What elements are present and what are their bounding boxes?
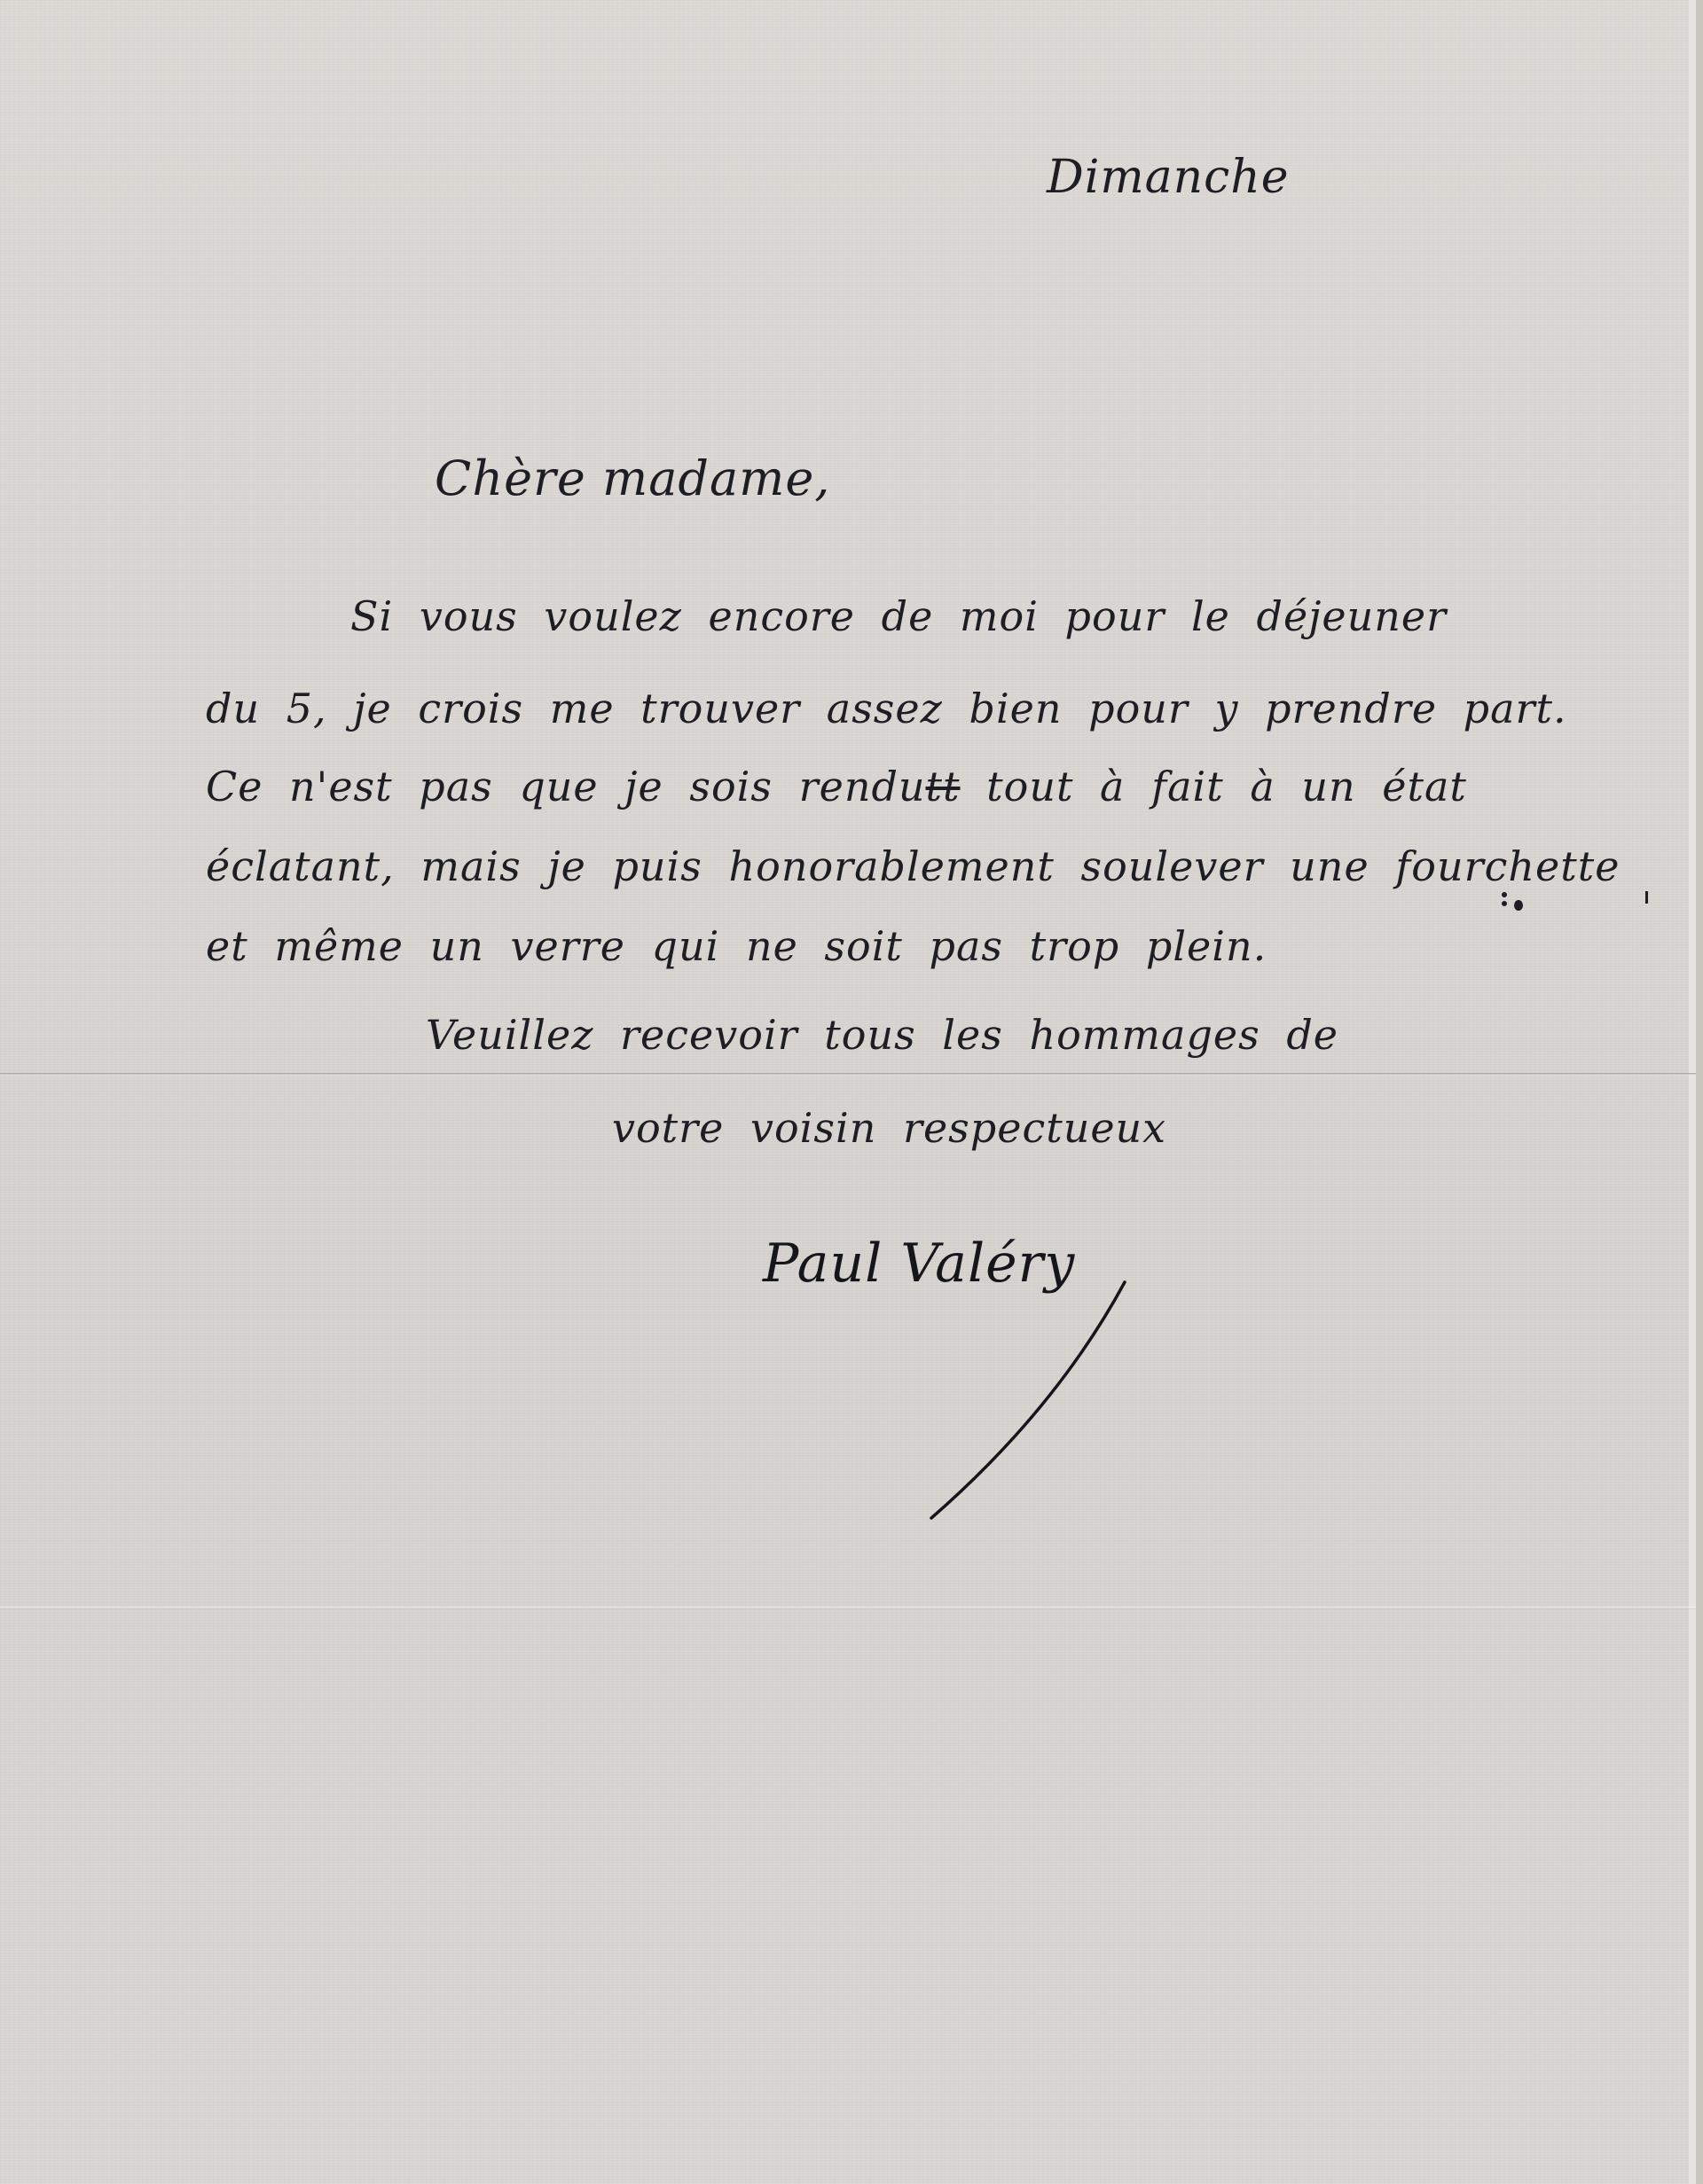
paper-edge [1689, 0, 1696, 2184]
struck-out-text: tt [926, 763, 961, 810]
closing-line-1: Veuillez recevoir tous les hommages de [426, 1011, 1338, 1059]
body-line-3-start: Ce n'est pas que je sois rendu [206, 763, 926, 810]
signature-flourish [922, 1277, 1135, 1525]
closing-line-2: votre voisin respectueux [612, 1104, 1166, 1152]
ink-blot-marks [1499, 882, 1650, 918]
body-line-1: Si vous voulez encore de moi pour le déj… [350, 592, 1447, 640]
fold-line-upper [0, 1073, 1696, 1076]
body-line-5: et même un verre qui ne soit pas trop pl… [206, 922, 1267, 970]
body-line-3-end: tout à fait à un état [986, 763, 1467, 810]
letter-date: Dimanche [1047, 151, 1290, 204]
letter-sheet: Dimanche Chère madame, Si vous voulez en… [0, 0, 1696, 2184]
body-line-4: éclatant, mais je puis honorablement sou… [206, 842, 1620, 890]
letter-salutation: Chère madame, [435, 450, 830, 506]
body-line-3: Ce n'est pas que je sois rendutt tout à … [206, 763, 1467, 810]
body-line-2: du 5, je crois me trouver assez bien pou… [206, 685, 1567, 732]
fold-line-lower [0, 1607, 1696, 1609]
